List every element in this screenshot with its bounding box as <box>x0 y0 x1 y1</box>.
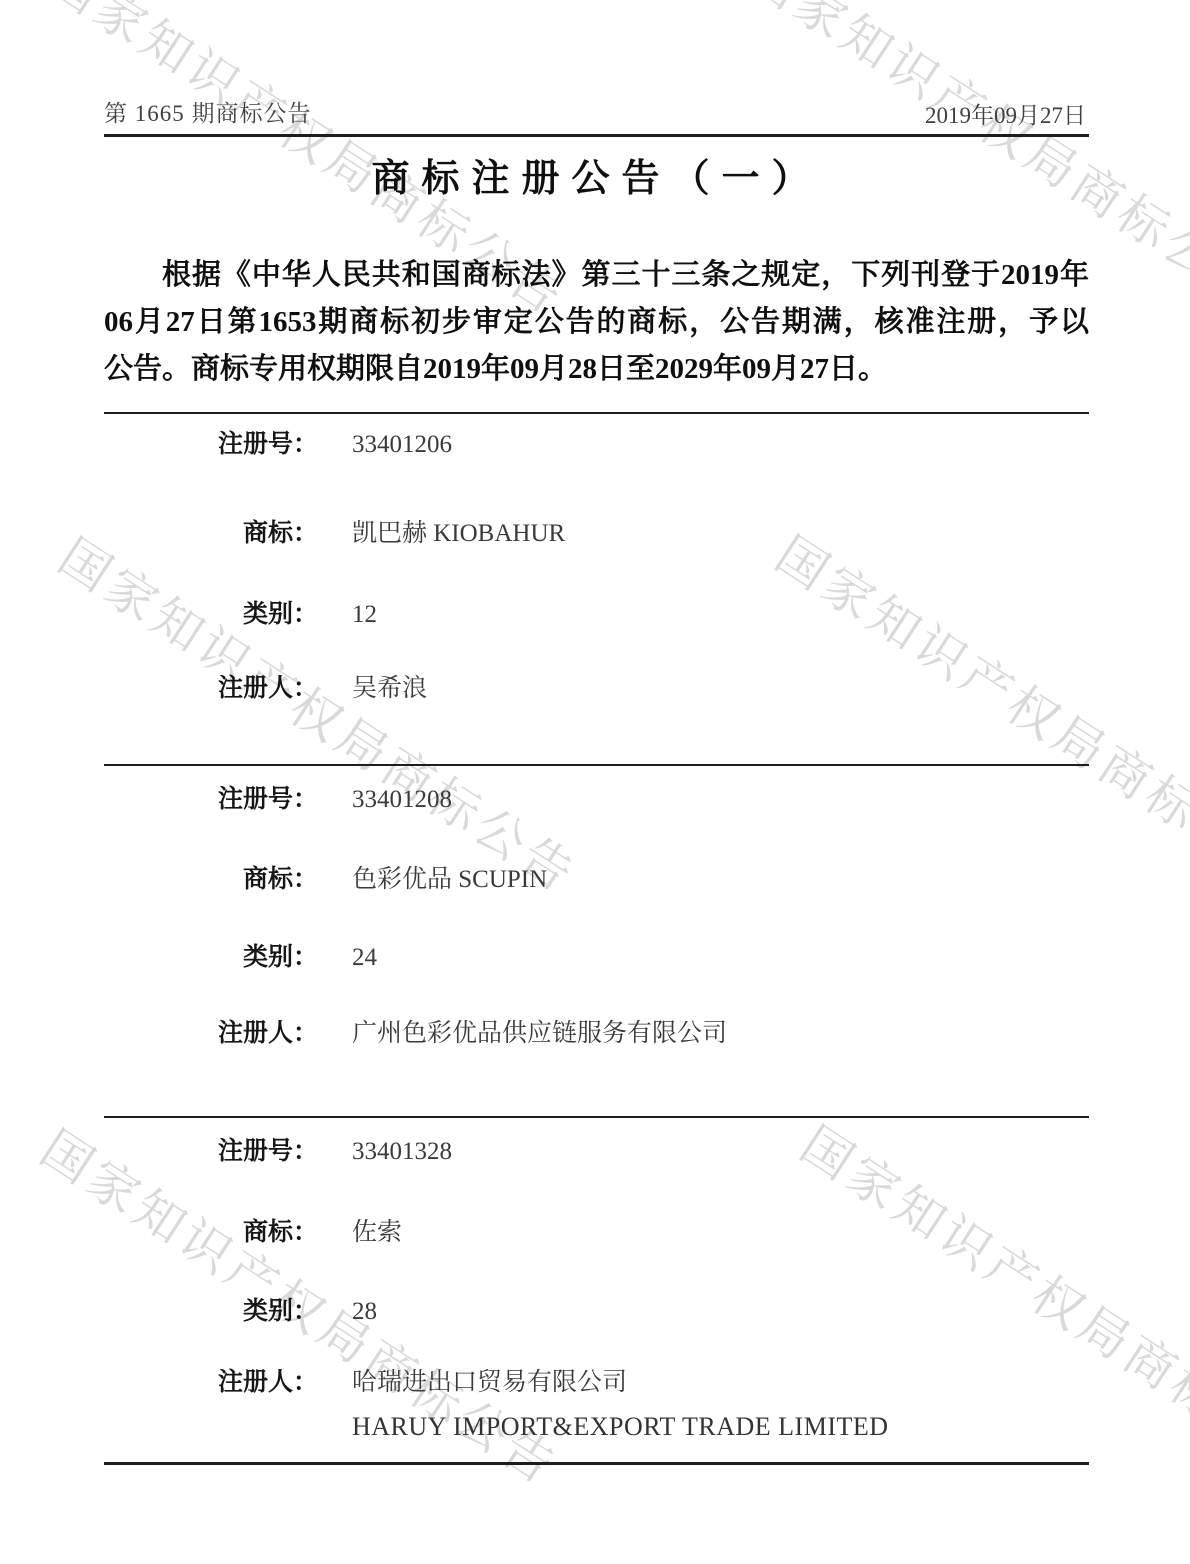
intro-line: 公告。商标专用权期限自2019年09月28日至2029年09月27日。 <box>104 346 1089 393</box>
field-row-registration-no: 注册号：33401328 <box>104 1138 452 1167</box>
field-row-trademark: 商标：色彩优品 SCUPIN <box>104 866 547 895</box>
registration-no-value: 33401206 <box>352 431 452 460</box>
field-row-registrant: 注册人：哈瑞进出口贸易有限公司HARUY IMPORT&EXPORT TRADE… <box>104 1369 889 1442</box>
field-row-class: 类别：28 <box>104 1298 377 1327</box>
field-label: 商标： <box>104 1219 318 1248</box>
intro-paragraph: 根据《中华人民共和国商标法》第三十三条之规定，下列刊登于2019年 06月27日… <box>104 252 1089 393</box>
field-label: 注册人： <box>104 1020 318 1049</box>
field-row-registration-no: 注册号：33401206 <box>104 431 452 460</box>
registration-no-value: 33401208 <box>352 786 452 815</box>
registrant-name: 吴希浪 <box>352 675 427 702</box>
registrant-value: 哈瑞进出口贸易有限公司HARUY IMPORT&EXPORT TRADE LIM… <box>352 1369 889 1442</box>
field-label: 类别： <box>104 601 318 630</box>
field-label: 注册人： <box>104 1369 318 1398</box>
field-row-class: 类别：24 <box>104 944 377 973</box>
registrant-value: 吴希浪 <box>352 675 427 704</box>
header-issue-number: 第 1665 期商标公告 <box>104 95 312 128</box>
gazette-page: 国家知识产权局商标公告 国家知识产权局商标公告 国家知识产权局商标公告 国家知识… <box>0 0 1190 1564</box>
watermark-text: 国家知识产权局商标公告 <box>764 516 1190 906</box>
registration-no-value: 33401328 <box>352 1138 452 1167</box>
field-label: 注册人： <box>104 675 318 704</box>
separator-rule <box>104 1116 1089 1118</box>
trademark-value: 佐索 <box>352 1219 402 1248</box>
field-label: 商标： <box>104 866 318 895</box>
page-title: 商标注册公告（一） <box>104 147 1089 202</box>
bottom-rule <box>104 1462 1089 1465</box>
registrant-value: 广州色彩优品供应链服务有限公司 <box>352 1020 727 1049</box>
field-row-trademark: 商标：凯巴赫 KIOBAHUR <box>104 520 565 549</box>
intro-line: 06月27日第1653期商标初步审定公告的商标，公告期满，核准注册，予以 <box>104 299 1089 346</box>
trademark-value: 色彩优品 SCUPIN <box>352 866 547 895</box>
field-row-class: 类别：12 <box>104 601 377 630</box>
field-label: 注册号： <box>104 1138 318 1167</box>
intro-line: 根据《中华人民共和国商标法》第三十三条之规定，下列刊登于2019年 <box>104 252 1089 299</box>
trademark-value: 凯巴赫 KIOBAHUR <box>352 520 565 549</box>
watermark-text: 国家知识产权局商标公告 <box>47 518 594 908</box>
separator-rule <box>104 412 1089 414</box>
header-date: 2019年09月27日 <box>925 97 1086 130</box>
class-value: 24 <box>352 944 377 973</box>
registrant-name: 哈瑞进出口贸易有限公司 <box>352 1369 627 1396</box>
field-label: 类别： <box>104 944 318 973</box>
header-rule <box>104 134 1089 137</box>
field-label: 商标： <box>104 520 318 549</box>
separator-rule <box>104 764 1089 766</box>
field-row-registrant: 注册人：广州色彩优品供应链服务有限公司 <box>104 1020 727 1049</box>
field-row-trademark: 商标：佐索 <box>104 1219 402 1248</box>
registrant-name: 广州色彩优品供应链服务有限公司 <box>352 1020 727 1047</box>
field-label: 注册号： <box>104 431 318 460</box>
field-row-registrant: 注册人：吴希浪 <box>104 675 427 704</box>
class-value: 12 <box>352 601 377 630</box>
registrant-name-en: HARUY IMPORT&EXPORT TRADE LIMITED <box>352 1412 889 1442</box>
class-value: 28 <box>352 1298 377 1327</box>
field-label: 类别： <box>104 1298 318 1327</box>
field-row-registration-no: 注册号：33401208 <box>104 786 452 815</box>
field-label: 注册号： <box>104 786 318 815</box>
